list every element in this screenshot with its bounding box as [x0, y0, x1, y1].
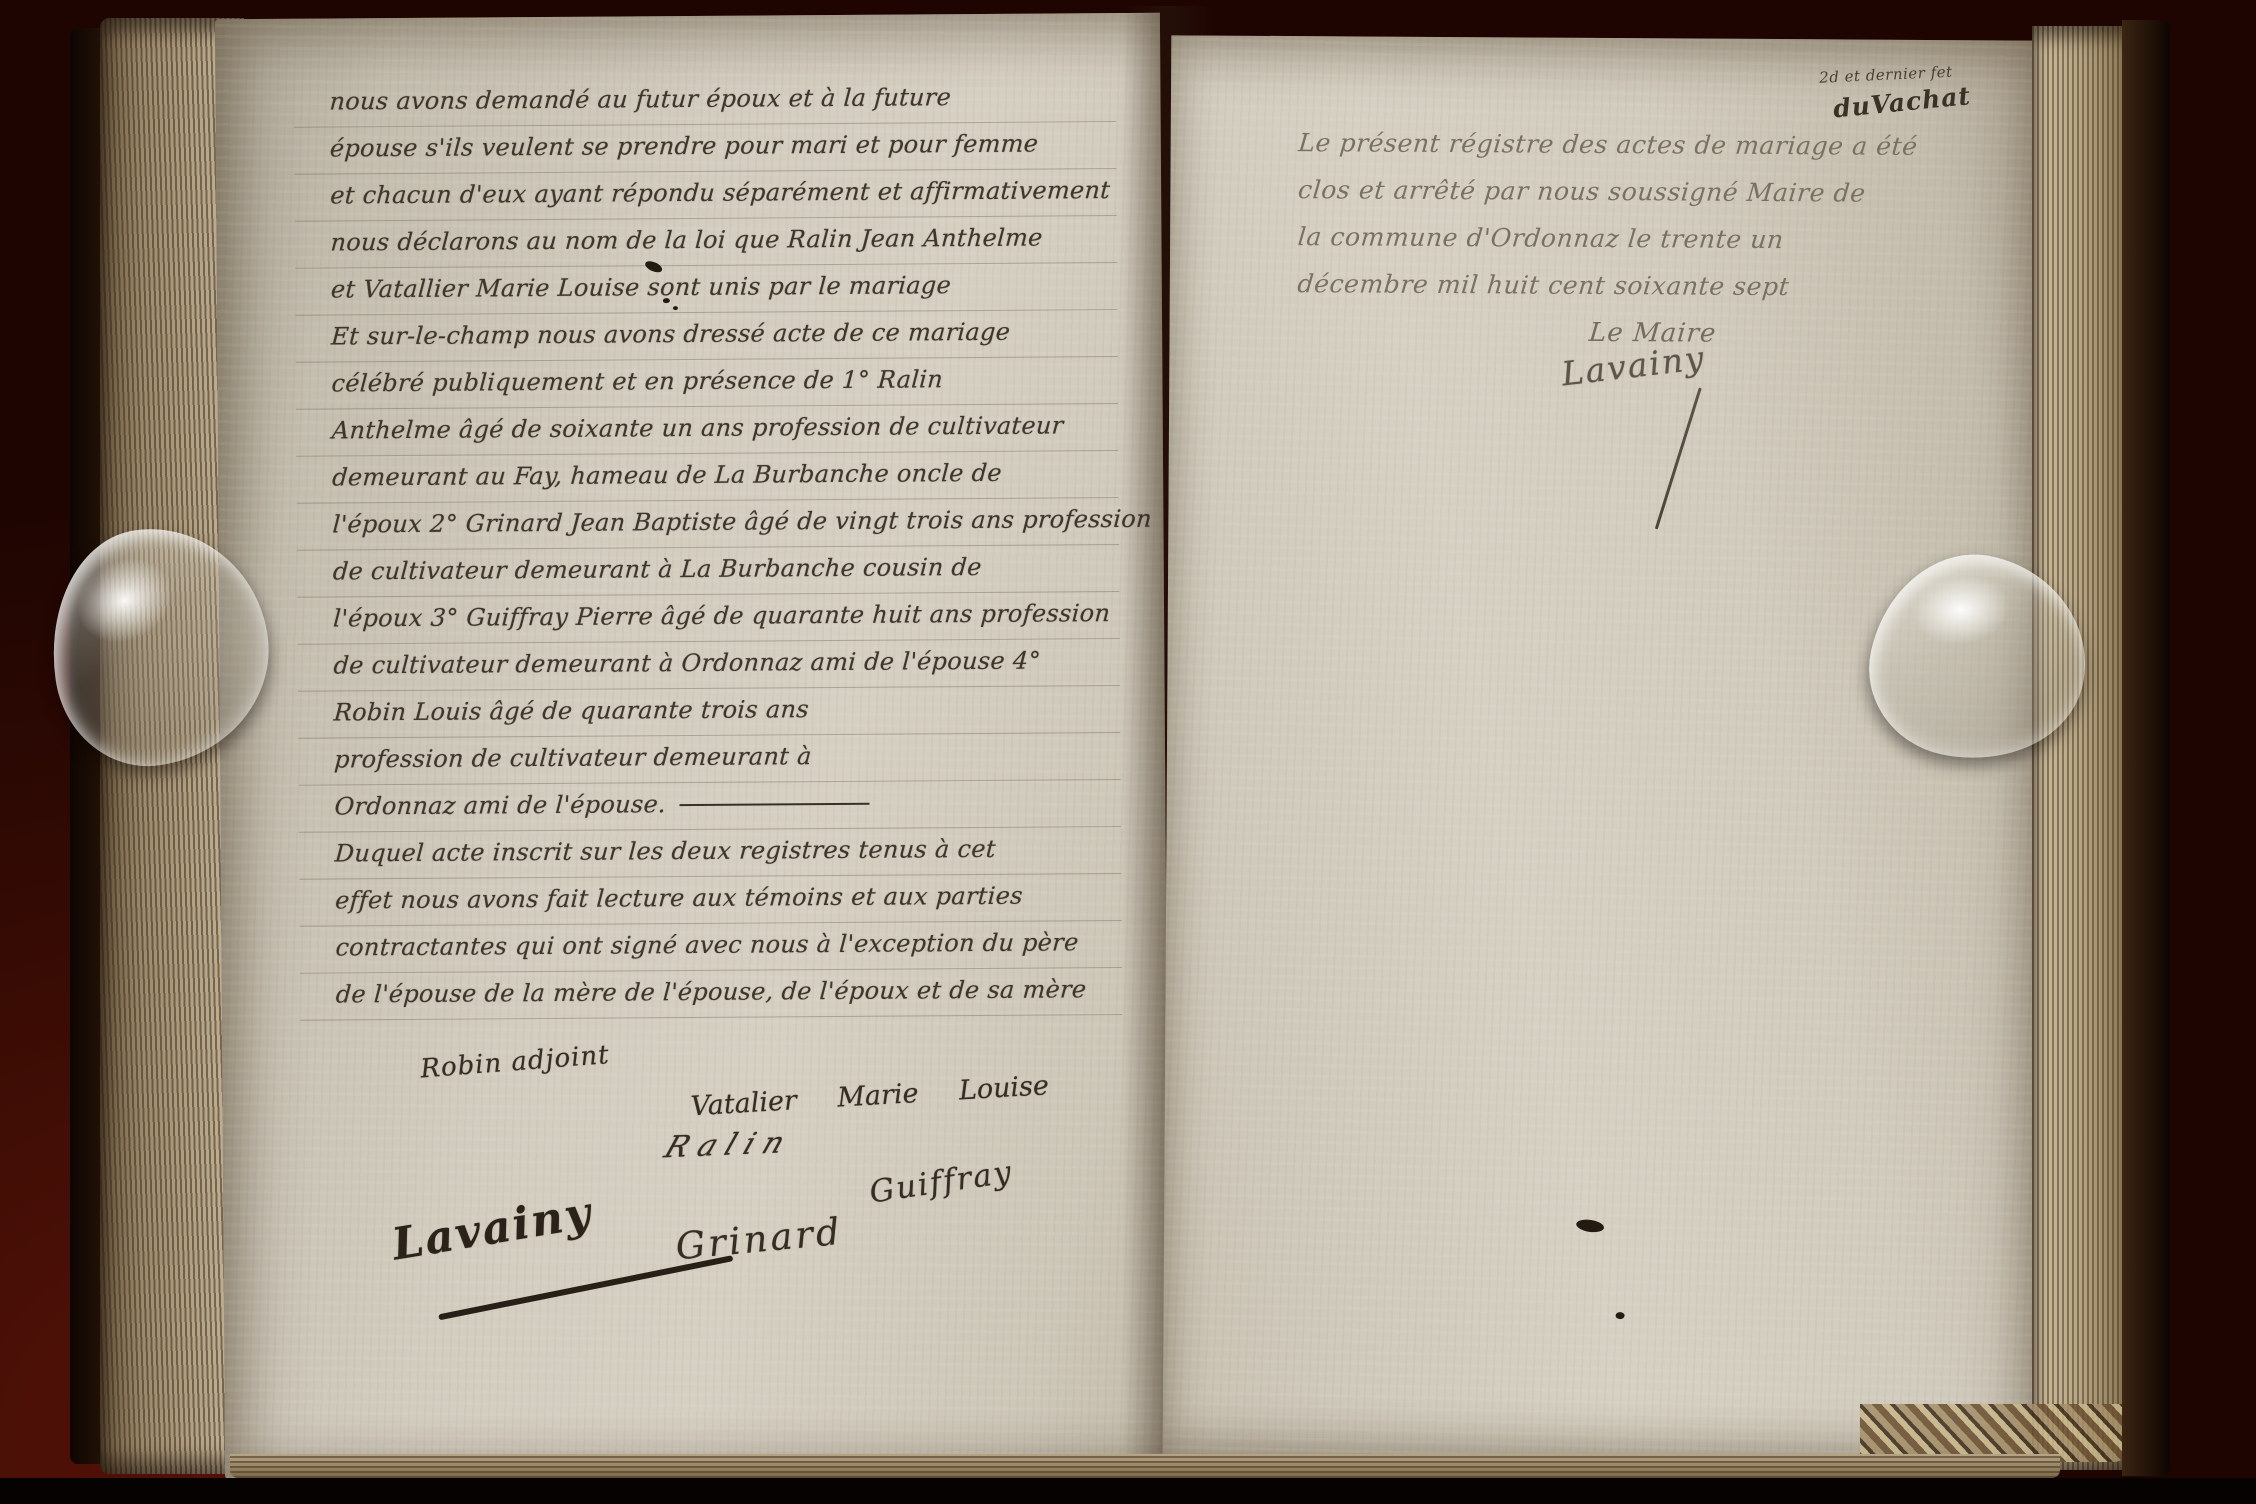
manuscript-line: nous déclarons au nom de la loi que Rali…	[295, 216, 1120, 269]
manuscript-line: célébré publiquement et en présence de 1…	[296, 357, 1121, 410]
closing-line: la commune d'Ordonnaz le trente un	[1295, 222, 2019, 273]
manuscript-line: de cultivateur demeurant à Ordonnaz ami …	[298, 639, 1123, 692]
folio-corner-note: 2d et dernier fet	[1819, 63, 1953, 87]
manuscript-line-text: Ordonnaz ami de l'épouse.	[334, 790, 667, 820]
manuscript-line: Et sur-le-champ nous avons dressé acte d…	[296, 310, 1121, 363]
right-page: 2d et dernier fet duVachat Le présent ré…	[1163, 35, 2050, 1464]
signature-grinard: Grinard	[674, 1210, 845, 1269]
signature-guiffray: Guiffray	[867, 1154, 1015, 1211]
ink-blot	[663, 298, 670, 303]
closing-line: décembre mil huit cent soixante sept	[1295, 269, 2019, 320]
book-cover-right-edge	[2122, 20, 2170, 1476]
page-stack-bottom-edge	[230, 1454, 2060, 1478]
manuscript-line: et chacun d'eux ayant répondu séparément…	[295, 169, 1120, 222]
ink-blot	[673, 306, 678, 310]
photo-background: nous avons demandé au futur époux et à l…	[0, 0, 2256, 1504]
ink-rule	[680, 803, 870, 806]
open-register-book: nous avons demandé au futur époux et à l…	[70, 6, 2115, 1484]
manuscript-text-block: nous avons demandé au futur époux et à l…	[295, 75, 1124, 1021]
photo-bottom-edge	[0, 1478, 2256, 1504]
signature-lavainy: Lavainy	[389, 1187, 596, 1270]
manuscript-line: l'époux 3° Guiffray Pierre âgé de quaran…	[298, 592, 1123, 645]
manuscript-line: demeurant au Fay, hameau de La Burbanche…	[297, 451, 1122, 504]
manuscript-line: Duquel acte inscrit sur les deux registr…	[299, 827, 1124, 880]
manuscript-line: l'époux 2° Grinard Jean Baptiste âgé de …	[297, 498, 1122, 551]
manuscript-line: Ordonnaz ami de l'épouse.	[299, 780, 1124, 833]
signature-robin-adjoint: Robin adjoint	[419, 1040, 610, 1084]
ink-blot	[1575, 1218, 1604, 1234]
closing-line: clos et arrêté par nous soussigné Maire …	[1295, 175, 2019, 226]
folio-corner-paraph: duVachat	[1832, 81, 1972, 123]
manuscript-line: de cultivateur demeurant à La Burbanche …	[297, 545, 1122, 598]
signature-mayor-flourish	[1655, 387, 1702, 529]
ink-blot	[1616, 1312, 1625, 1319]
manuscript-line: de l'épouse de la mère de l'épouse, de l…	[300, 968, 1125, 1021]
manuscript-line: Anthelme âgé de soixante un ans professi…	[296, 404, 1121, 457]
closing-statement-block: Le présent régistre des actes de mariage…	[1296, 128, 2017, 364]
manuscript-line: et Vatallier Marie Louise sont unis par …	[295, 263, 1120, 316]
manuscript-line: contractantes qui ont signé avec nous à …	[300, 921, 1125, 974]
closing-line: Le présent régistre des actes de mariage…	[1295, 128, 2019, 179]
manuscript-line: Robin Louis âgé de quarante trois ans	[298, 686, 1123, 739]
signature-bride: Vatalier Marie Louise	[690, 1070, 1050, 1122]
manuscript-line: nous avons demandé au futur époux et à l…	[294, 75, 1119, 128]
manuscript-line: effet nous avons fait lecture aux témoin…	[300, 874, 1125, 927]
manuscript-line: épouse s'ils veulent se prendre pour mar…	[294, 122, 1119, 175]
left-page: nous avons demandé au futur époux et à l…	[215, 13, 1170, 1480]
signature-ralin: Ralin	[660, 1125, 799, 1165]
manuscript-line: profession de cultivateur demeurant à	[299, 733, 1124, 786]
